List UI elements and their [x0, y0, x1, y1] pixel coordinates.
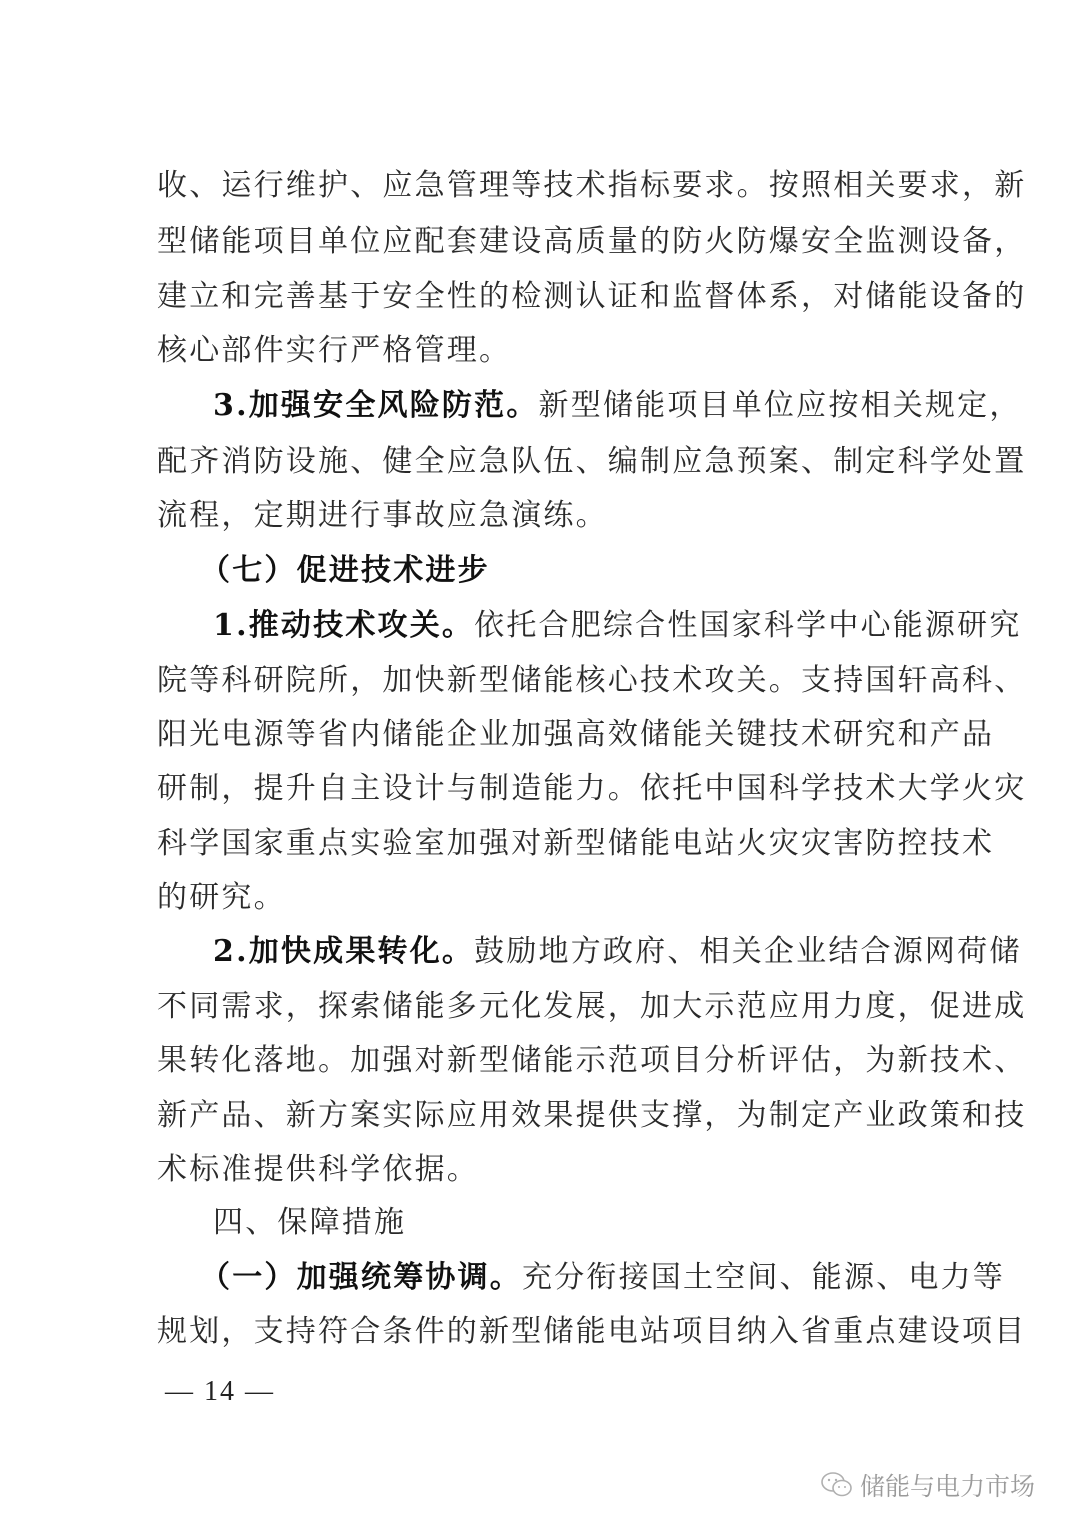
wechat-icon [820, 1470, 854, 1500]
text-line: 果转化落地。加强对新型储能示范项目分析评估，为新技术、 [157, 1041, 927, 1081]
section-7-heading: （七）促进技术进步 [200, 551, 970, 591]
text-line: 新产品、新方案实际应用效果提供支撑，为制定产业政策和技 [157, 1096, 927, 1136]
text-line: 阳光电源等省内储能企业加强高效储能关键技术研究和产品 [157, 715, 927, 755]
watermark-text: 储能与电力市场 [860, 1467, 1035, 1503]
text-line: 规划，支持符合条件的新型储能电站项目纳入省重点建设项目 [157, 1312, 927, 1352]
text-line: 科学国家重点实验室加强对新型储能电站火灾灾害防控技术 [157, 824, 927, 864]
text-line: 型储能项目单位应配套建设高质量的防火防爆安全监测设备， [157, 222, 927, 262]
text-line: 建立和完善基于安全性的检测认证和监督体系，对储能设备的 [157, 277, 927, 317]
text-line: 的研究。 [157, 878, 927, 918]
page-number: — 14 — [165, 1376, 275, 1408]
text-line: 收、运行维护、应急管理等技术指标要求。按照相关要求，新 [157, 166, 927, 206]
text-line: 核心部件实行严格管理。 [157, 331, 927, 371]
text-line: 研制，提升自主设计与制造能力。依托中国科学技术大学火灾 [157, 769, 927, 809]
subsection-3-heading: 3.加强安全风险防范。新型储能项目单位应按相关规定， [213, 386, 927, 426]
text-line: 不同需求，探索储能多元化发展，加大示范应用力度，促进成 [157, 987, 927, 1027]
text-line: 流程，定期进行事故应急演练。 [157, 496, 927, 536]
watermark: 储能与电力市场 [820, 1467, 1035, 1503]
text-line: 配齐消防设施、健全应急队伍、编制应急预案、制定科学处置 [157, 442, 927, 482]
section-4-heading: 四、保障措施 [213, 1203, 927, 1243]
subsection-2-heading: 2.加快成果转化。鼓励地方政府、相关企业结合源网荷储 [213, 932, 927, 972]
text-line: 术标准提供科学依据。 [157, 1150, 927, 1190]
subsection-1-heading: 1.推动技术攻关。依托合肥综合性国家科学中心能源研究 [213, 606, 927, 646]
subsection-1-coordination: （一）加强统筹协调。充分衔接国土空间、能源、电力等 [200, 1258, 970, 1298]
text-line: 院等科研院所，加快新型储能核心技术攻关。支持国轩高科、 [157, 661, 927, 701]
